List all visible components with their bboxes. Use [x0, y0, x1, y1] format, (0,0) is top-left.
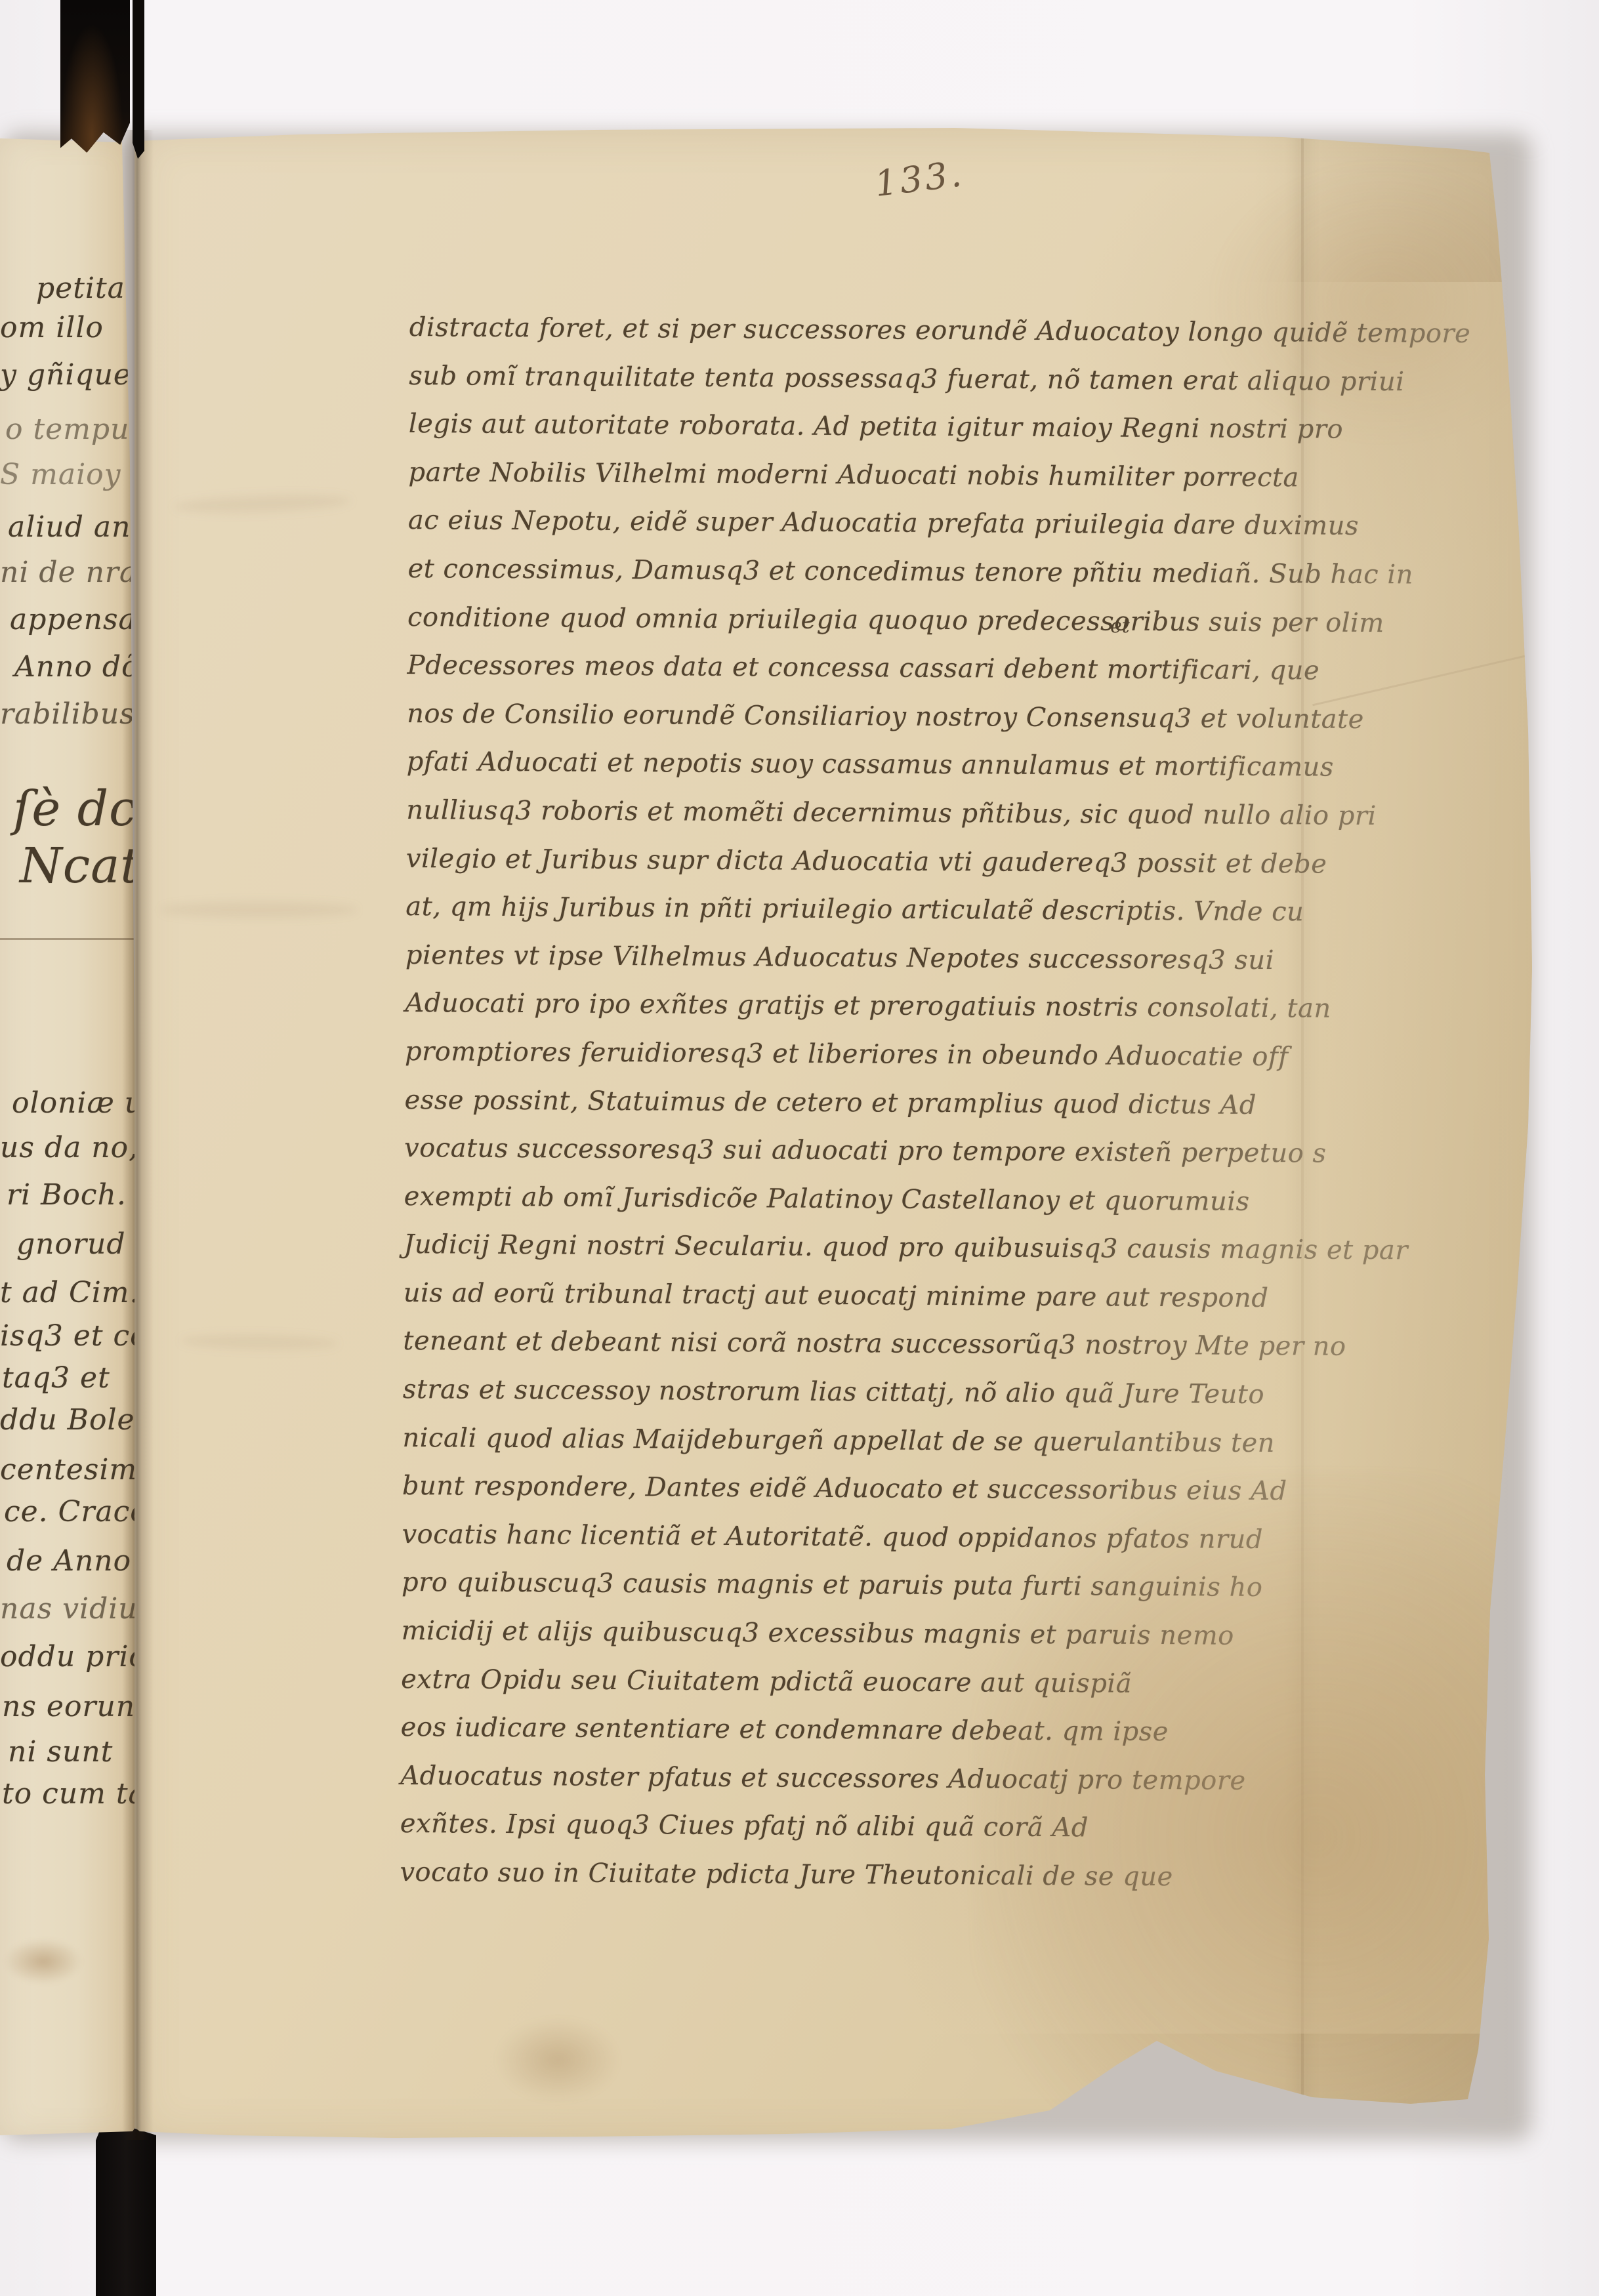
fragment-line: appensa [10, 603, 136, 636]
fragment-line: nas vidius [0, 1592, 139, 1626]
left-page-ruled-line [0, 938, 139, 940]
fragment-line: gnorud [16, 1227, 126, 1261]
fragment-line: aliud an [8, 510, 131, 544]
fragment-line: Ncat [20, 838, 139, 894]
binding-strap-top [60, 0, 130, 157]
ink-showthrough [161, 902, 358, 918]
stain [495, 2017, 620, 2102]
fragment-line: Anno dõi [14, 650, 139, 684]
fragment-line: oloniæ u [12, 1086, 139, 1120]
binding-strap-bottom [96, 2127, 156, 2296]
fragment-line: us da no, [0, 1131, 138, 1164]
ink-showthrough [180, 1334, 338, 1351]
fragment-line: om illo [0, 311, 104, 344]
binding-gutter-shadow [122, 130, 154, 2140]
fragment-line: oddu prioy [0, 1640, 139, 1673]
page-number: 133. [873, 153, 966, 205]
ink-fade-overlay [889, 282, 1533, 2034]
fragment-line: de Anno [7, 1544, 131, 1578]
fragment-line: rabilibus [0, 697, 135, 731]
fragment-line: ns eorund [2, 1690, 139, 1723]
fragment-line: ſè dcat [13, 781, 139, 837]
fragment-line: ce. Craco [4, 1495, 139, 1528]
fragment-line: S maioy [0, 458, 121, 491]
fragment-line: centesimi [0, 1453, 139, 1486]
fragment-line: taq3 et [2, 1361, 110, 1395]
fragment-line: to cum tatr [2, 1777, 139, 1811]
left-page-fragment: petitaom illoy gñiqueo tempuS maioyaliud… [0, 134, 139, 2139]
fragment-line: ddu Boleslai [0, 1403, 139, 1437]
fragment-line: y gñique [0, 358, 131, 392]
left-page-text: petitaom illoy gñiqueo tempuS maioyaliud… [0, 134, 139, 2139]
fragment-line: ni de nra [0, 556, 137, 589]
fragment-line: petita [36, 272, 125, 305]
fragment-line: isq3 et co [0, 1319, 139, 1353]
fragment-line: ni sunt [8, 1735, 113, 1769]
binding-strap-top-sliver [133, 0, 144, 159]
fragment-line: ri Boch. [7, 1178, 127, 1212]
scanned-manuscript-photo: petitaom illoy gñiqueo tempuS maioyaliud… [0, 0, 1599, 2296]
manuscript-page: 133. distracta foret, et si per successo… [135, 128, 1533, 2143]
fragment-line: o tempu [5, 413, 129, 446]
fragment-line: t ad Cim. [0, 1276, 139, 1309]
ink-showthrough [174, 492, 352, 515]
